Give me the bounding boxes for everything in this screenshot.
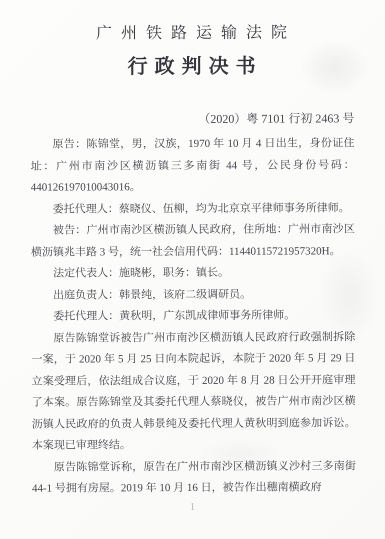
paragraph-plaintiff-claim: 原告陈锦堂诉称，原告在广州市南沙区横沥镇义沙村三多南街 44-1 号拥有房屋。2… [32,456,356,500]
scanned-judgment-page: 广州铁路运输法院 行政判决书 （2020）粤 7101 行初 2463 号 原告… [0,0,385,539]
paragraph-appearing-official: 出庭负责人：韩景纯，该府二级调研员。 [31,284,355,307]
page-number: 1 [0,502,385,513]
paragraph-defendant-info: 被告：广州市南沙区横沥镇人民政府，住所地：广州市南沙区横沥镇兆丰路 3 号，统一… [31,219,355,263]
paragraph-case-procedure: 原告陈锦堂诉被告广州市南沙区横沥镇人民政府行政强制拆除一案，于 2020 年 5… [31,327,356,457]
judgment-body: 原告：陈锦堂，男，汉族，1970 年 10 月 4 日出生，身份证住址：广州市南… [0,133,385,500]
paragraph-legal-representative: 法定代表人：施晓彬，职务：镇长。 [31,262,355,285]
document-content: 广州铁路运输法院 行政判决书 （2020）粤 7101 行初 2463 号 原告… [0,23,385,500]
paragraph-plaintiff-agents: 委托代理人：蔡晓仪、伍柳，均为北京京平律师事务所律师。 [31,198,355,221]
court-name-heading: 广州铁路运输法院 [0,23,384,44]
paragraph-plaintiff-info: 原告：陈锦堂，男，汉族，1970 年 10 月 4 日出生，身份证住址：广州市南… [30,133,354,199]
case-number: （2020）粤 7101 行初 2463 号 [0,110,384,128]
paragraph-defendant-agent: 委托代理人：黄秋明，广东凯成律师事务所律师。 [31,305,355,328]
document-title: 行政判决书 [0,53,384,82]
